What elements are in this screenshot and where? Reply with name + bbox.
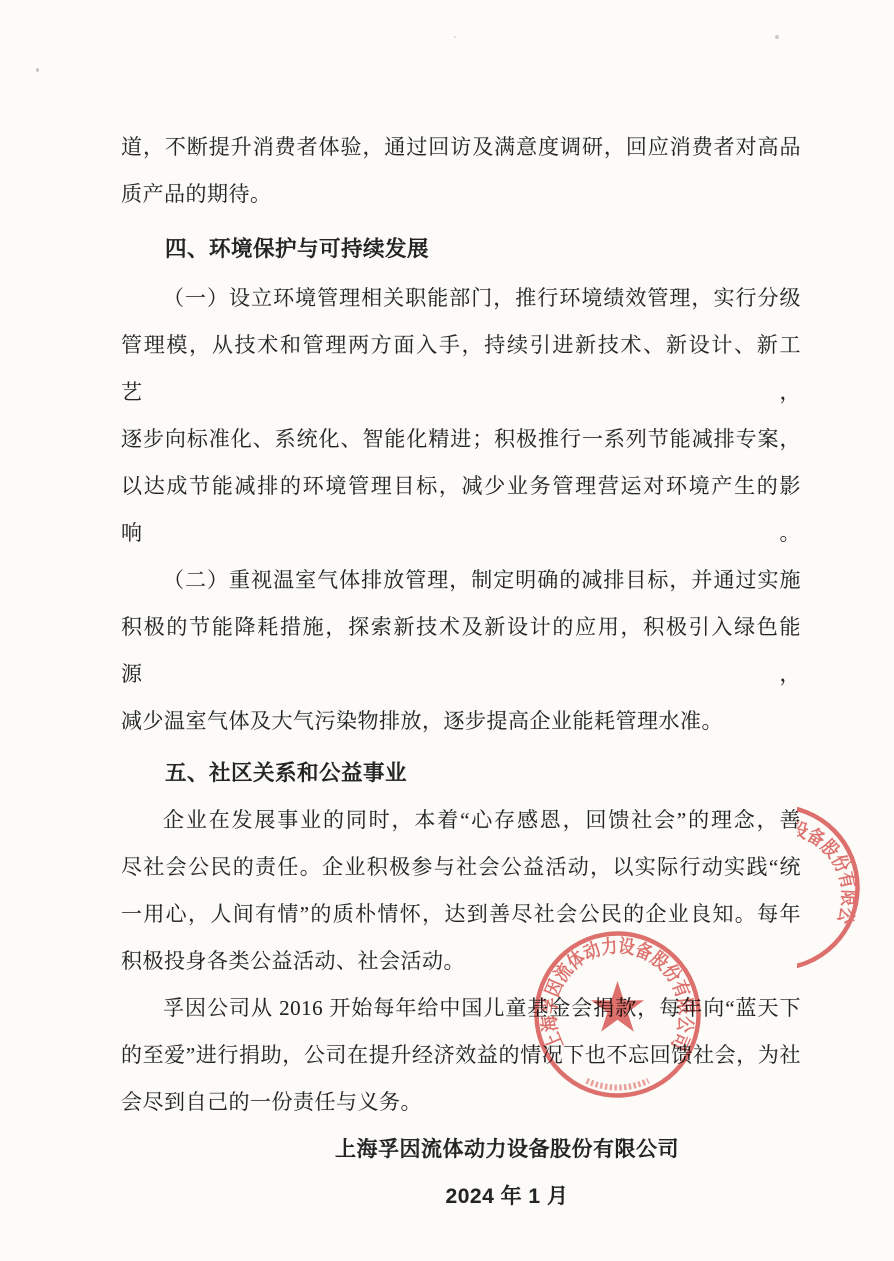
environment-paragraph-1: （一）设立环境管理相关职能部门，推行环境绩效管理，实行分级 管理模，从技术和管理… [121, 275, 801, 557]
body-line: 企业在发展事业的同时，本着“心存感恩，回馈社会”的理念，善 [121, 797, 801, 844]
body-line: 道，不断提升消费者体验，通过回访及满意度调研，回应消费者对高品 [121, 124, 801, 171]
body-line: （一）设立环境管理相关职能部门，推行环境绩效管理，实行分级 [121, 275, 801, 322]
scan-speck [775, 35, 779, 39]
scan-speck [36, 68, 39, 72]
body-line: 积极的节能降耗措施，探索新技术及新设计的应用，积极引入绿色能源， [121, 604, 801, 698]
signature-company-name: 上海孚因流体动力设备股份有限公司 [335, 1126, 679, 1173]
body-line: 尽社会公民的责任。企业积极参与社会公益活动，以实际行动实践“统 [121, 844, 801, 891]
body-line: 会尽到自己的一份责任与义务。 [121, 1079, 801, 1126]
scanned-document-page: 道，不断提升消费者体验，通过回访及满意度调研，回应消费者对高品 质产品的期待。 … [0, 0, 894, 1261]
body-line: 一用心，人间有情”的质朴情怀，达到善尽社会公民的企业良知。每年 [121, 891, 801, 938]
signature-block: 上海孚因流体动力设备股份有限公司 2024 年 1 月 [335, 1126, 679, 1220]
section-heading-community: 五、社区关系和公益事业 [121, 750, 801, 797]
body-line: （二）重视温室气体排放管理，制定明确的减排目标，并通过实施 [121, 557, 801, 604]
body-line: 减少温室气体及大气污染物排放，逐步提高企业能耗管理水准。 [121, 698, 801, 745]
body-line: 的至爱”进行捐助，公司在提升经济效益的情况下也不忘回馈社会，为社 [121, 1032, 801, 1079]
signature-date: 2024 年 1 月 [335, 1173, 679, 1220]
cross-page-seal: 上海孚因流体动力设备股份有限公司 [797, 800, 894, 976]
seal-ring [797, 807, 858, 969]
document-body: 道，不断提升消费者体验，通过回访及满意度调研，回应消费者对高品 质产品的期待。 … [121, 124, 801, 1220]
body-line: 质产品的期待。 [121, 171, 801, 218]
body-line: 孚因公司从 2016 开始每年给中国儿童基金会捐款，每年向“蓝天下 [121, 985, 801, 1032]
body-line: 以达成节能减排的环境管理目标，减少业务管理营运对环境产生的影响。 [121, 463, 801, 557]
body-line: 逐步向标准化、系统化、智能化精进；积极推行一系列节能减排专案， [121, 416, 801, 463]
community-paragraph-2: 孚因公司从 2016 开始每年给中国儿童基金会捐款，每年向“蓝天下 的至爱”进行… [121, 985, 801, 1126]
body-line: 积极投身各类公益活动、社会活动。 [121, 938, 801, 985]
community-paragraph-1: 企业在发展事业的同时，本着“心存感恩，回馈社会”的理念，善 尽社会公民的责任。企… [121, 797, 801, 985]
environment-paragraph-2: （二）重视温室气体排放管理，制定明确的减排目标，并通过实施 积极的节能降耗措施，… [121, 557, 801, 745]
seal-arc-text: 上海孚因流体动力设备股份有限公司 [797, 800, 860, 927]
section-heading-environment: 四、环境保护与可持续发展 [121, 226, 801, 273]
intro-paragraph: 道，不断提升消费者体验，通过回访及满意度调研，回应消费者对高品 质产品的期待。 [121, 124, 801, 218]
scan-speck [454, 36, 456, 38]
body-line: 管理模，从技术和管理两方面入手，持续引进新技术、新设计、新工艺， [121, 322, 801, 416]
